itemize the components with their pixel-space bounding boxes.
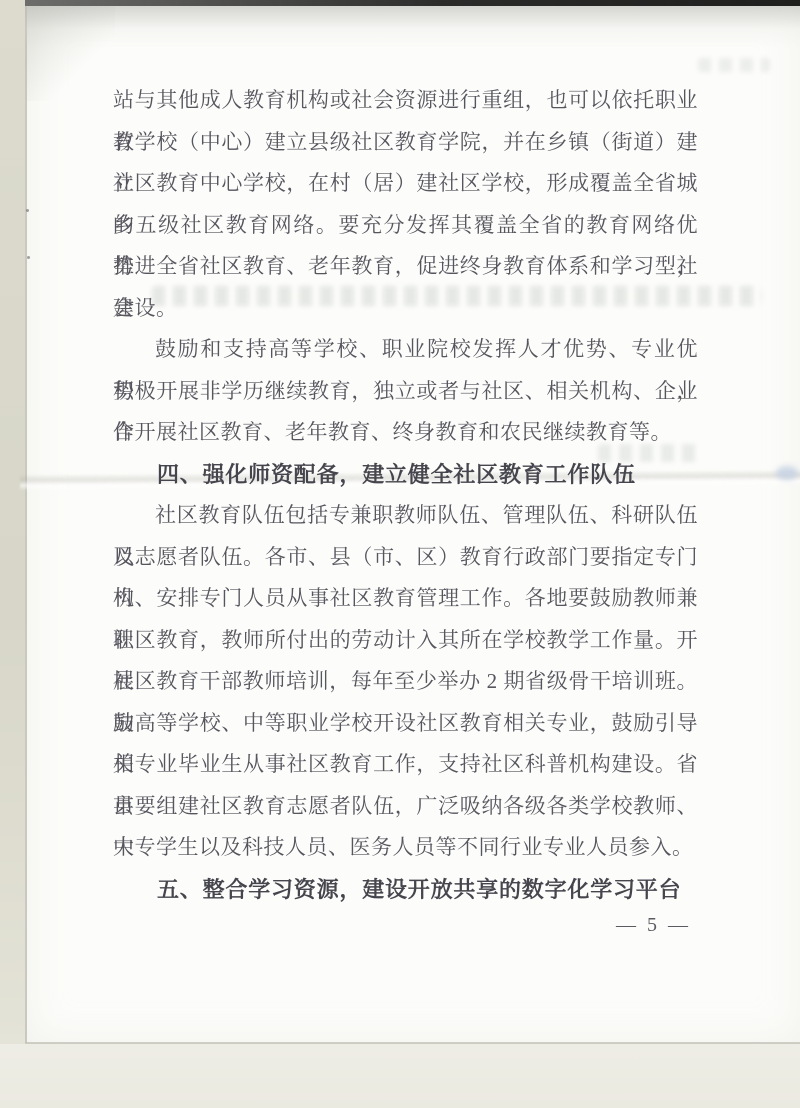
body-text-line: 积极开展非学历继续教育，独立或者与社区、相关机构、企业合: [113, 371, 698, 413]
scanner-bed-bottom: [0, 1044, 800, 1108]
body-text-line: 社区教育干部教师培训，每年至少举办 2 期省级骨干培训班。鼓: [113, 661, 698, 703]
body-text-line: 构、安排专门人员从事社区教育管理工作。各地要鼓励教师兼职: [113, 578, 698, 620]
body-text-line: 作开展社区教育、老年教育、终身教育和农民继续教育等。: [113, 412, 698, 454]
ink-bleedthrough-artifact: [698, 58, 770, 72]
page-corner-fold-shade: [25, 6, 115, 101]
scanner-bed-strip: [0, 0, 25, 1108]
body-text-line: 关专业毕业生从事社区教育工作，支持社区科普机构建设。省市: [113, 744, 698, 786]
body-text-line: 社区教育中心学校，在村（居）建社区学校，形成覆盖全省城乡: [113, 163, 698, 205]
body-text-line: 中专学生以及科技人员、医务人员等不同行业专业人员参入。: [113, 827, 698, 869]
body-text-line: 县要组建社区教育志愿者队伍，广泛吸纳各级各类学校教师、大: [113, 786, 698, 828]
body-text-line: 建设。: [113, 288, 698, 330]
body-text-line: 育学校（中心）建立县级社区教育学院，并在乡镇（街道）建立: [113, 122, 698, 164]
body-text-line: 励高等学校、中等职业学校开设社区教育相关专业，鼓励引导相: [113, 703, 698, 745]
scan-speck-artifact: [27, 256, 30, 259]
section-heading: 五、整合学习资源，建设开放共享的数字化学习平台: [113, 869, 698, 911]
body-text-line: 社区教育队伍包括专兼职教师队伍、管理队伍、科研队伍以: [113, 495, 698, 537]
body-text-line: 社区教育，教师所付出的劳动计入其所在学校教学工作量。开展: [113, 620, 698, 662]
body-text-line: 鼓励和支持高等学校、职业院校发挥人才优势、专业优势，: [113, 329, 698, 371]
body-text-line: 推进全省社区教育、老年教育，促进终身教育体系和学习型社会: [113, 246, 698, 288]
body-text-line: 及志愿者队伍。各市、县（市、区）教育行政部门要指定专门机: [113, 537, 698, 579]
document-text: 站与其他成人教育机构或社会资源进行重组，也可以依托职业教育学校（中心）建立县级社…: [113, 80, 698, 910]
scanned-document-page: 站与其他成人教育机构或社会资源进行重组，也可以依托职业教育学校（中心）建立县级社…: [0, 0, 800, 1108]
section-heading: 四、强化师资配备，建立健全社区教育工作队伍: [113, 454, 698, 496]
scan-smudge-artifact: [776, 466, 798, 480]
scan-top-shadow: [25, 6, 800, 48]
body-text-line: 的五级社区教育网络。要充分发挥其覆盖全省的教育网络优势，: [113, 205, 698, 247]
body-text-line: 站与其他成人教育机构或社会资源进行重组，也可以依托职业教: [113, 80, 698, 122]
page-number: — 5 —: [616, 914, 691, 937]
scan-speck-artifact: [26, 209, 29, 212]
